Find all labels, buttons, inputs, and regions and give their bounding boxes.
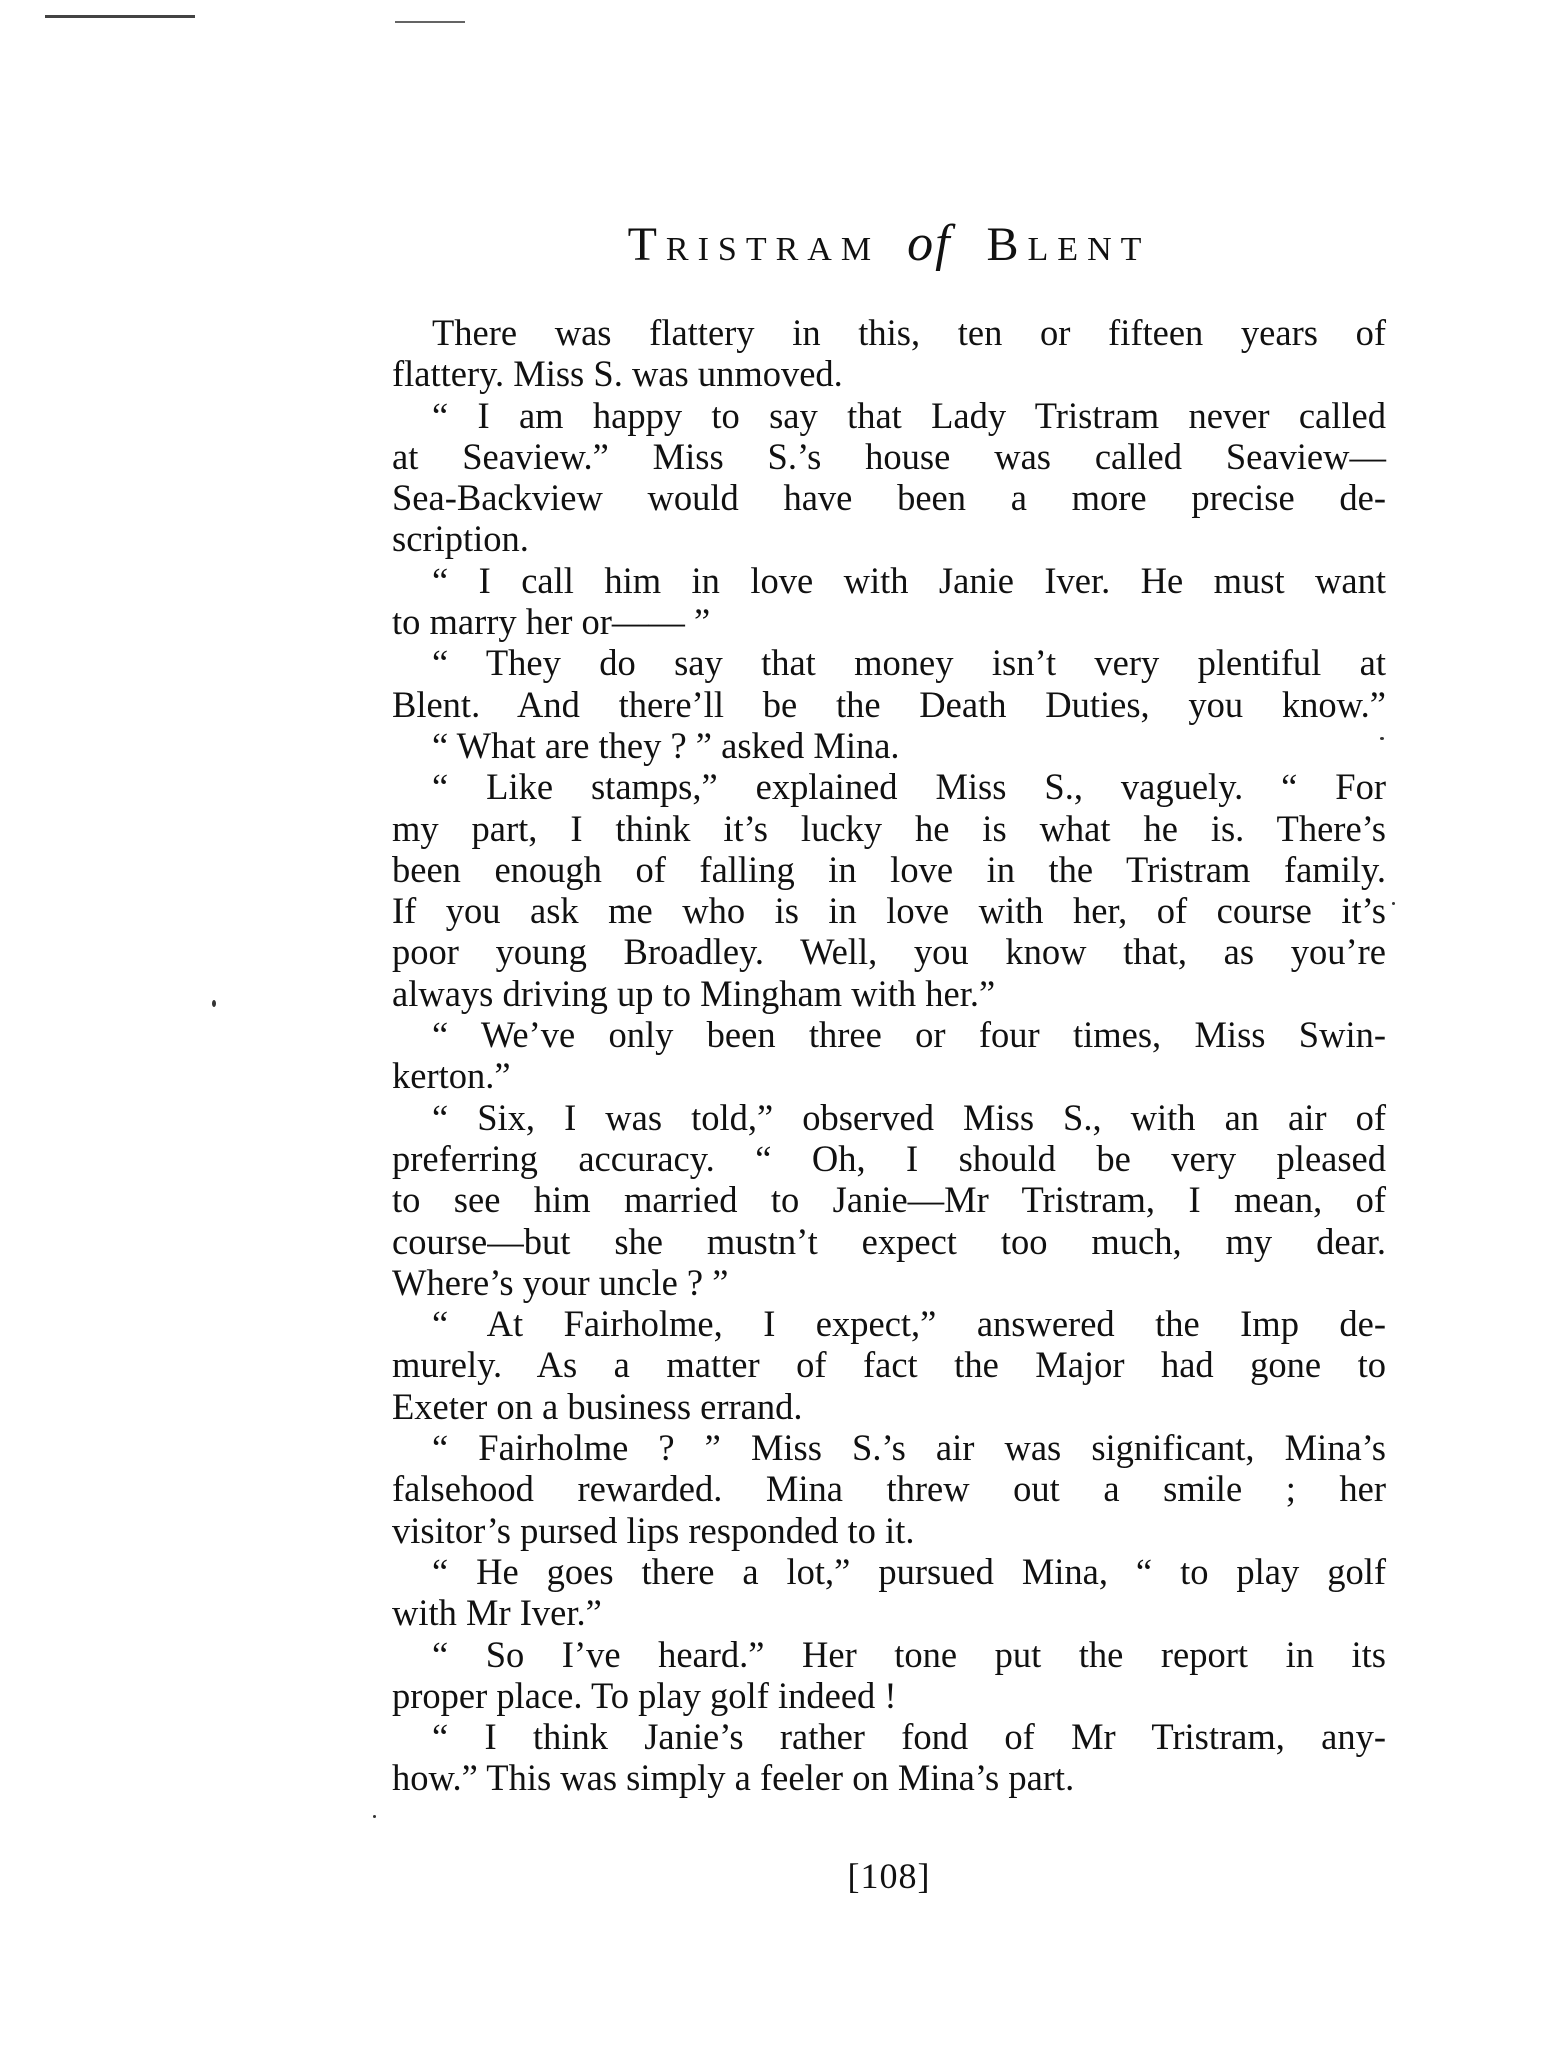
- text-line: preferring accuracy. “ Oh, I should be v…: [392, 1138, 1386, 1179]
- running-head-of: of: [907, 215, 951, 272]
- text-line: “ They do say that money isn’t very plen…: [392, 642, 1386, 683]
- text-line: “ I am happy to say that Lady Tristram n…: [392, 395, 1386, 436]
- text-line: to see him married to Janie—Mr Tristram,…: [392, 1179, 1386, 1220]
- scan-artifact-mark: [395, 21, 465, 23]
- text-line: murely. As a matter of fact the Major ha…: [392, 1344, 1386, 1385]
- text-line: “ Six, I was told,” observed Miss S., wi…: [392, 1097, 1386, 1138]
- scan-speck: [1380, 737, 1384, 740]
- running-head: Tristram of Blent: [392, 218, 1386, 270]
- text-line: always driving up to Mingham with her.”: [392, 973, 1386, 1014]
- text-line: poor young Broadley. Well, you know that…: [392, 931, 1386, 972]
- text-line: Blent. And there’ll be the Death Duties,…: [392, 684, 1386, 725]
- text-line: “ At Fairholme, I expect,” answered the …: [392, 1303, 1386, 1344]
- text-line: visitor’s pursed lips responded to it.: [392, 1510, 1386, 1551]
- text-line: my part, I think it’s lucky he is what h…: [392, 808, 1386, 849]
- text-line: flattery. Miss S. was unmoved.: [392, 353, 1386, 394]
- scan-speck: [212, 1000, 216, 1007]
- text-line: how.” This was simply a feeler on Mina’s…: [392, 1757, 1386, 1798]
- scan-speck: [373, 1815, 376, 1818]
- page-number: [108]: [392, 1855, 1386, 1897]
- text-line: There was flattery in this, ten or fifte…: [392, 312, 1386, 353]
- scan-speck: [1392, 902, 1395, 905]
- running-head-title: Tristram: [628, 218, 880, 271]
- text-line: been enough of falling in love in the Tr…: [392, 849, 1386, 890]
- text-line: “ What are they ? ” asked Mina.: [392, 725, 1386, 766]
- text-line: scription.: [392, 518, 1386, 559]
- text-line: at Seaview.” Miss S.’s house was called …: [392, 436, 1386, 477]
- text-line: “ He goes there a lot,” pursued Mina, “ …: [392, 1551, 1386, 1592]
- text-line: “ I call him in love with Janie Iver. He…: [392, 560, 1386, 601]
- text-line: “ So I’ve heard.” Her tone put the repor…: [392, 1634, 1386, 1675]
- text-line: “ I think Janie’s rather fond of Mr Tris…: [392, 1716, 1386, 1757]
- scan-artifact-mark: [45, 15, 195, 18]
- text-line: kerton.”: [392, 1055, 1386, 1096]
- text-line: Sea-Backview would have been a more prec…: [392, 477, 1386, 518]
- running-head-place: Blent: [987, 218, 1151, 271]
- text-line: falsehood rewarded. Mina threw out a smi…: [392, 1468, 1386, 1509]
- text-line: “ Fairholme ? ” Miss S.’s air was signif…: [392, 1427, 1386, 1468]
- text-line: Exeter on a business errand.: [392, 1386, 1386, 1427]
- text-line: with Mr Iver.”: [392, 1592, 1386, 1633]
- text-line: “ Like stamps,” explained Miss S., vague…: [392, 766, 1386, 807]
- text-line: “ We’ve only been three or four times, M…: [392, 1014, 1386, 1055]
- body-text: There was flattery in this, ten or fifte…: [392, 312, 1386, 1799]
- text-line: to marry her or—— ”: [392, 601, 1386, 642]
- text-line: If you ask me who is in love with her, o…: [392, 890, 1386, 931]
- text-line: course—but she mustn’t expect too much, …: [392, 1221, 1386, 1262]
- text-line: Where’s your uncle ? ”: [392, 1262, 1386, 1303]
- text-line: proper place. To play golf indeed !: [392, 1675, 1386, 1716]
